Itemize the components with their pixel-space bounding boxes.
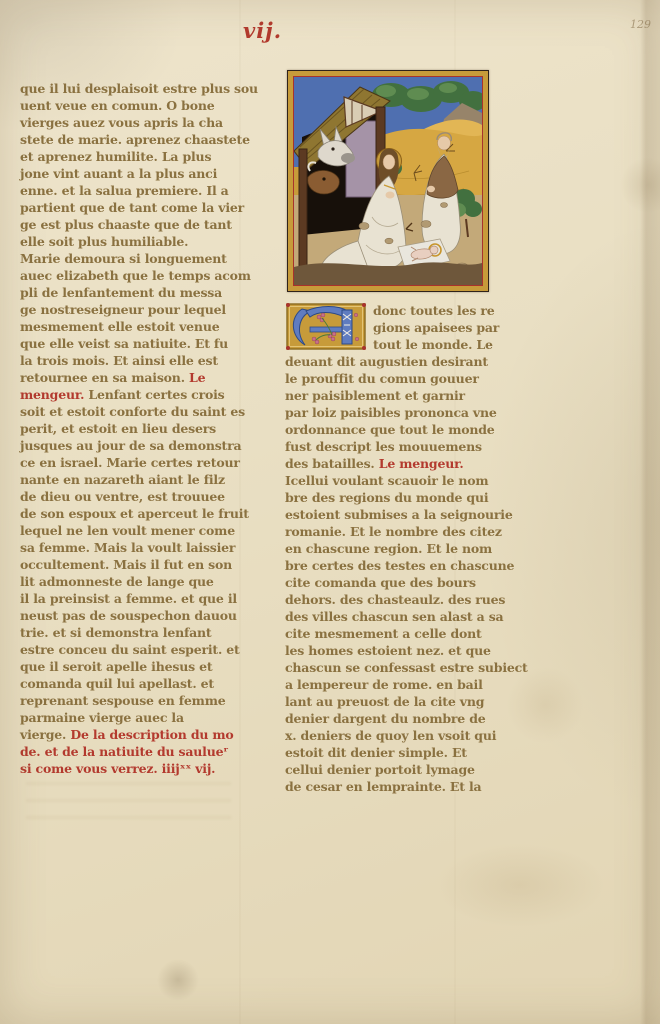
body-text: nante en nazareth aiant le filz [20, 472, 225, 487]
mary-face [383, 155, 395, 170]
body-text: le prouffit du comun gouuer [285, 371, 479, 386]
body-text: comanda quil lui apellast. et [20, 676, 214, 691]
text-line: donc toutes les re [285, 302, 527, 319]
text-line: Icellui voulant scauoir le nom [285, 472, 527, 489]
miniature-red-fillet [293, 76, 483, 286]
text-line: uent veue en comun. O bone [20, 97, 258, 114]
body-text: et aprenez humilite. La plus [20, 149, 211, 164]
text-line: estoient submises a la seignourie [285, 506, 527, 523]
text-line: la trois mois. Et ainsi elle est [20, 352, 258, 369]
body-text: denier dargent du nombre de [285, 711, 486, 726]
page-heading-numeral: vij. [243, 18, 282, 43]
body-text: gions apaisees par [373, 320, 499, 335]
body-text: uent veue en comun. O bone [20, 98, 214, 113]
verso-show-through [26, 782, 231, 820]
body-text: ner paisiblement et garnir [285, 388, 465, 403]
body-text: de dieu ou ventre, est trouuee [20, 489, 225, 504]
body-text: ge nostreseigneur pour lequel [20, 302, 226, 317]
body-text: pli de lenfantement du messa [20, 285, 222, 300]
text-line: des villes chascun sen alast a sa [285, 608, 527, 625]
text-line: dehors. des chasteaulz. des rues [285, 591, 527, 608]
body-text: auec elizabeth que le temps acom [20, 268, 251, 283]
text-line: neust pas de souspechon dauou [20, 607, 258, 624]
text-line: parmaine vierge auec la [20, 709, 258, 726]
text-line: fust descript les mouuemens [285, 438, 527, 455]
text-line: mesmement elle estoit venue [20, 318, 258, 335]
text-line: que elle veist sa natiuite. Et fu [20, 335, 258, 352]
body-text: Lenfant certes crois [88, 387, 224, 402]
joseph-face [438, 136, 451, 150]
body-text: enne. et la salua premiere. Il a [20, 183, 229, 198]
text-line: x. deniers de quoy len vsoit qui [285, 727, 527, 744]
body-text: il la preinsist a femme. et que il [20, 591, 237, 606]
text-line: cite comanda que des bours [285, 574, 527, 591]
body-text: lant au preuost de la cite vng [285, 694, 484, 709]
text-line: sa femme. Mais la voult laissier [20, 539, 258, 556]
rubric-text: De la description du mo [70, 727, 233, 742]
child-head [430, 246, 438, 254]
body-text: chascun se confessast estre subiect [285, 660, 528, 675]
text-line: partient que de tant come la vier [20, 199, 258, 216]
text-line: ge est plus chaaste que de tant [20, 216, 258, 233]
body-text: jone vint auant a la plus anci [20, 166, 217, 181]
rubric-text: mengeur. [20, 387, 88, 402]
left-column: que il lui desplaisoit estre plus souuen… [20, 80, 258, 777]
text-line: enne. et la salua premiere. Il a [20, 182, 258, 199]
text-line: estoit dit denier simple. Et [285, 744, 527, 761]
text-line: que il lui desplaisoit estre plus sou [20, 80, 258, 97]
text-line: bre des regions du monde qui [285, 489, 527, 506]
text-line: auec elizabeth que le temps acom [20, 267, 258, 284]
text-line: deuant dit augustien desirant [285, 353, 527, 370]
text-line: si come vous verrez. iiijˣˣ vij. [20, 760, 258, 777]
text-line: estre conceu du saint esperit. et [20, 641, 258, 658]
body-text: vierge. [20, 727, 70, 742]
joseph-hands [427, 186, 435, 192]
body-text: soit et estoit conforte du saint es [20, 404, 245, 419]
body-text: reprenant sespouse en femme [20, 693, 225, 708]
body-text: cellui denier portoit lymage [285, 762, 475, 777]
body-text: de son espoux et aperceut le fruit [20, 506, 249, 521]
text-line: et aprenez humilite. La plus [20, 148, 258, 165]
body-text: dehors. des chasteaulz. des rues [285, 592, 505, 607]
body-text: que il lui desplaisoit estre plus sou [20, 81, 258, 96]
body-text: donc toutes les re [373, 303, 494, 318]
body-text: estre conceu du saint esperit. et [20, 642, 240, 657]
body-text: trie. et si demonstra lenfant [20, 625, 212, 640]
body-text: parmaine vierge auec la [20, 710, 184, 725]
nativity-miniature [294, 77, 482, 285]
body-text: ge est plus chaaste que de tant [20, 217, 232, 232]
text-line: jusques au jour de sa demonstra [20, 437, 258, 454]
body-text: Icellui voulant scauoir le nom [285, 473, 488, 488]
body-text: de cesar en lemprainte. Et la [285, 779, 481, 794]
text-line: stete de marie. aprenez chaastete [20, 131, 258, 148]
text-line: en chascune region. Et le nom [285, 540, 527, 557]
text-line: reprenant sespouse en femme [20, 692, 258, 709]
body-text: des villes chascun sen alast a sa [285, 609, 503, 624]
text-line: de dieu ou ventre, est trouuee [20, 488, 258, 505]
text-line: romanie. Et le nombre des citez [285, 523, 527, 540]
body-text: elle soit plus humiliable. [20, 234, 188, 249]
body-text: cite comanda que des bours [285, 575, 476, 590]
folio-number: 129 [630, 18, 651, 31]
body-text: ce en israel. Marie certes retour [20, 455, 240, 470]
text-line: de son espoux et aperceut le fruit [20, 505, 258, 522]
body-text: retournee en sa maison. [20, 370, 189, 385]
text-line: de. et de la natiuite du saulueʳ [20, 743, 258, 760]
text-line: les homes estoient nez. et que [285, 642, 527, 659]
text-line: lit admonneste de lange que [20, 573, 258, 590]
text-line: lant au preuost de la cite vng [285, 693, 527, 710]
rubric-text: Le [189, 370, 205, 385]
text-line: denier dargent du nombre de [285, 710, 527, 727]
body-text: en chascune region. Et le nom [285, 541, 492, 556]
body-text: romanie. Et le nombre des citez [285, 524, 502, 539]
body-text: vierges auez vous apris la cha [20, 115, 223, 130]
text-line: cellui denier portoit lymage [285, 761, 527, 778]
text-line: chascun se confessast estre subiect [285, 659, 527, 676]
text-line: il la preinsist a femme. et que il [20, 590, 258, 607]
text-line: occultement. Mais il fut en son [20, 556, 258, 573]
body-text: partient que de tant come la vier [20, 200, 244, 215]
body-text: occultement. Mais il fut en son [20, 557, 232, 572]
stable-post-left [299, 149, 307, 275]
text-line: a lempereur de rome. en bail [285, 676, 527, 693]
mary-hands [386, 192, 395, 199]
text-line: comanda quil lui apellast. et [20, 675, 258, 692]
text-line: ge nostreseigneur pour lequel [20, 301, 258, 318]
body-text: estoit dit denier simple. Et [285, 745, 467, 760]
body-text: Marie demoura si longuement [20, 251, 227, 266]
body-text: fust descript les mouuemens [285, 439, 482, 454]
rubric-text: de. et de la natiuite du saulueʳ [20, 744, 228, 759]
miniature-frame [287, 70, 489, 292]
text-line: cite mesmement a celle dont [285, 625, 527, 642]
text-line: nante en nazareth aiant le filz [20, 471, 258, 488]
text-line: gions apaisees par [285, 319, 527, 336]
text-line: des batailles. Le mengeur. [285, 455, 527, 472]
rubric-text: Le mengeur. [379, 456, 464, 471]
body-text: la trois mois. Et ainsi elle est [20, 353, 218, 368]
body-text: perit, et estoit en lieu desers [20, 421, 216, 436]
text-line: Marie demoura si longuement [20, 250, 258, 267]
body-text: lit admonneste de lange que [20, 574, 214, 589]
text-line: mengeur. Lenfant certes crois [20, 386, 258, 403]
text-line: perit, et estoit en lieu desers [20, 420, 258, 437]
body-text: neust pas de souspechon dauou [20, 608, 237, 623]
body-text: lequel ne len voult mener come [20, 523, 235, 538]
body-text: ordonnance que tout le monde [285, 422, 495, 437]
text-line: elle soit plus humiliable. [20, 233, 258, 250]
text-line: lequel ne len voult mener come [20, 522, 258, 539]
text-line: par loiz paisibles prononca vne [285, 404, 527, 421]
text-line: bre certes des testes en chascune [285, 557, 527, 574]
body-text: x. deniers de quoy len vsoit qui [285, 728, 496, 743]
rubric-text: si come vous verrez. iiijˣˣ vij. [20, 761, 215, 776]
text-line: retournee en sa maison. Le [20, 369, 258, 386]
text-line: jone vint auant a la plus anci [20, 165, 258, 182]
text-line: vierge. De la description du mo [20, 726, 258, 743]
body-text: les homes estoient nez. et que [285, 643, 491, 658]
body-text: deuant dit augustien desirant [285, 354, 488, 369]
text-line: ce en israel. Marie certes retour [20, 454, 258, 471]
text-line: de cesar en lemprainte. Et la [285, 778, 527, 795]
text-line: pli de lenfantement du messa [20, 284, 258, 301]
manuscript-page: vij. 129 [0, 0, 660, 1024]
body-text: que elle veist sa natiuite. Et fu [20, 336, 228, 351]
text-line: vierges auez vous apris la cha [20, 114, 258, 131]
body-text: bre certes des testes en chascune [285, 558, 514, 573]
body-text: des batailles. [285, 456, 379, 471]
body-text: jusques au jour de sa demonstra [20, 438, 241, 453]
text-line: que il seroit apelle ihesus et [20, 658, 258, 675]
body-text: par loiz paisibles prononca vne [285, 405, 497, 420]
body-text: bre des regions du monde qui [285, 490, 488, 505]
text-line: le prouffit du comun gouuer [285, 370, 527, 387]
right-column: donc toutes les regions apaisees partout… [285, 302, 527, 795]
body-text: mesmement elle estoit venue [20, 319, 219, 334]
body-text: stete de marie. aprenez chaastete [20, 132, 250, 147]
text-line: tout le monde. Le [285, 336, 527, 353]
body-text: tout le monde. Le [373, 337, 493, 352]
text-line: ordonnance que tout le monde [285, 421, 527, 438]
body-text: a lempereur de rome. en bail [285, 677, 483, 692]
text-line: ner paisiblement et garnir [285, 387, 527, 404]
text-line: soit et estoit conforte du saint es [20, 403, 258, 420]
body-text: sa femme. Mais la voult laissier [20, 540, 235, 555]
body-text: estoient submises a la seignourie [285, 507, 513, 522]
body-text: que il seroit apelle ihesus et [20, 659, 212, 674]
text-line: trie. et si demonstra lenfant [20, 624, 258, 641]
body-text: cite mesmement a celle dont [285, 626, 482, 641]
